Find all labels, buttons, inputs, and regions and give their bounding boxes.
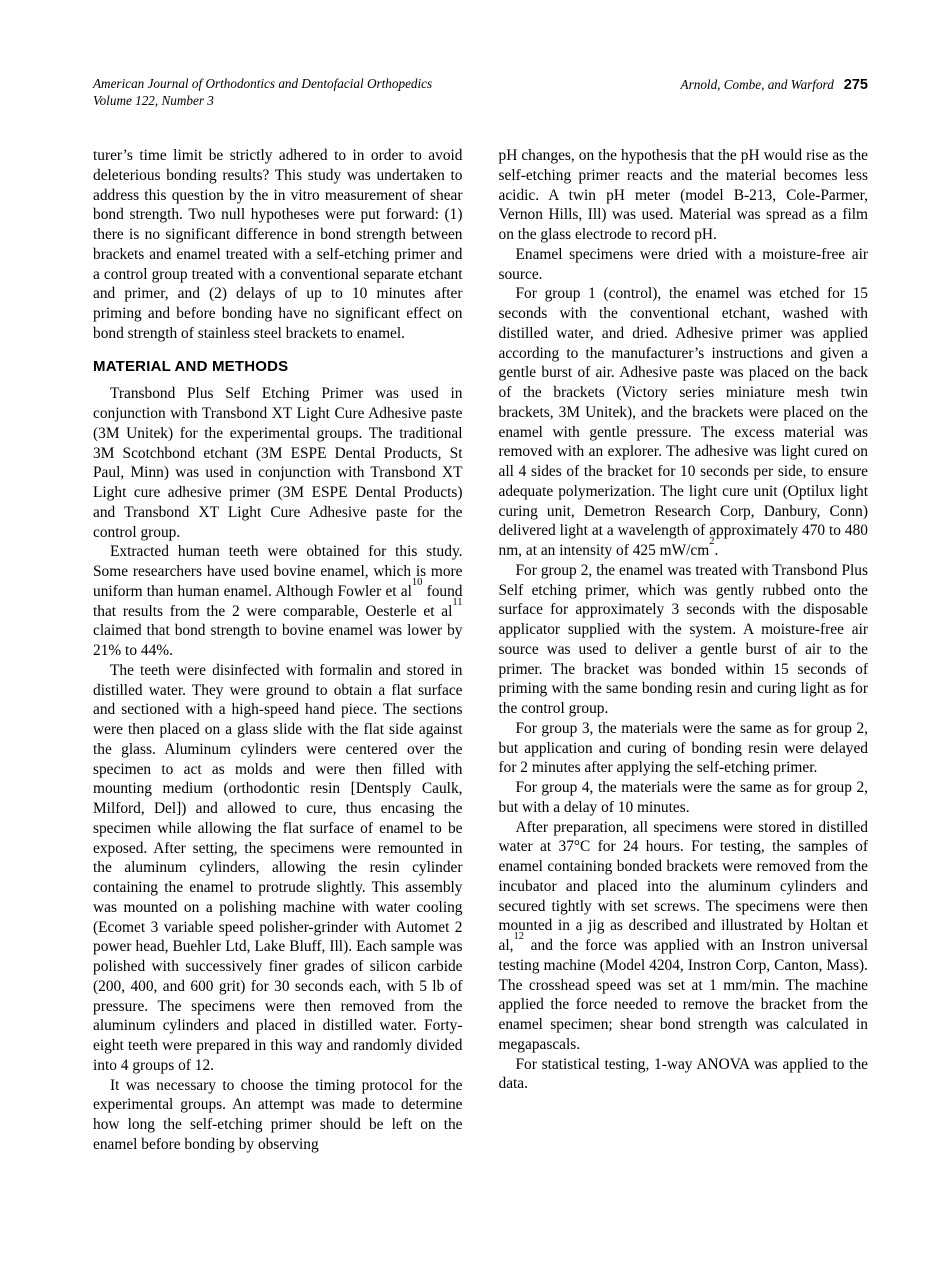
citation-superscript: 10	[412, 577, 423, 588]
running-authors: Arnold, Combe, and Warford	[681, 77, 834, 92]
section-heading-material-and-methods: MATERIAL AND METHODS	[93, 357, 463, 377]
journal-page: American Journal of Orthodontics and Den…	[0, 0, 950, 1274]
paragraph: For group 2, the enamel was treated with…	[499, 561, 869, 719]
paragraph: After preparation, all specimens were st…	[499, 818, 869, 1055]
paragraph: For group 1 (control), the enamel was et…	[499, 284, 869, 561]
right-paragraph-group: pH changes, on the hypothesis that the p…	[499, 146, 869, 1094]
paragraph: Transbond Plus Self Etching Primer was u…	[93, 384, 463, 542]
two-column-body: turer’s time limit be strictly adhered t…	[93, 146, 868, 1155]
paragraph: It was necessary to choose the timing pr…	[93, 1076, 463, 1155]
journal-volume-line: Volume 122, Number 3	[93, 93, 432, 110]
running-head-authors-page: Arnold, Combe, and Warford275	[681, 76, 868, 94]
running-head: American Journal of Orthodontics and Den…	[93, 76, 868, 109]
citation-superscript: 11	[452, 597, 462, 608]
intro-paragraph-group: turer’s time limit be strictly adhered t…	[93, 146, 463, 344]
paragraph: For statistical testing, 1-way ANOVA was…	[499, 1055, 869, 1095]
right-column: pH changes, on the hypothesis that the p…	[499, 146, 869, 1155]
paragraph: For group 3, the materials were the same…	[499, 719, 869, 778]
paragraph: turer’s time limit be strictly adhered t…	[93, 146, 463, 344]
paragraph: For group 4, the materials were the same…	[499, 778, 869, 818]
running-head-journal-info: American Journal of Orthodontics and Den…	[93, 76, 432, 109]
left-column: turer’s time limit be strictly adhered t…	[93, 146, 463, 1155]
paragraph: pH changes, on the hypothesis that the p…	[499, 146, 869, 245]
page-number: 275	[844, 77, 868, 93]
citation-superscript: 12	[513, 931, 524, 942]
citation-superscript: 2	[709, 536, 714, 547]
paragraph: The teeth were disinfected with formalin…	[93, 661, 463, 1076]
paragraph: Enamel specimens were dried with a moist…	[499, 245, 869, 285]
journal-title: American Journal of Orthodontics and Den…	[93, 76, 432, 93]
methods-paragraph-group: Transbond Plus Self Etching Primer was u…	[93, 384, 463, 1154]
paragraph: Extracted human teeth were obtained for …	[93, 542, 463, 661]
